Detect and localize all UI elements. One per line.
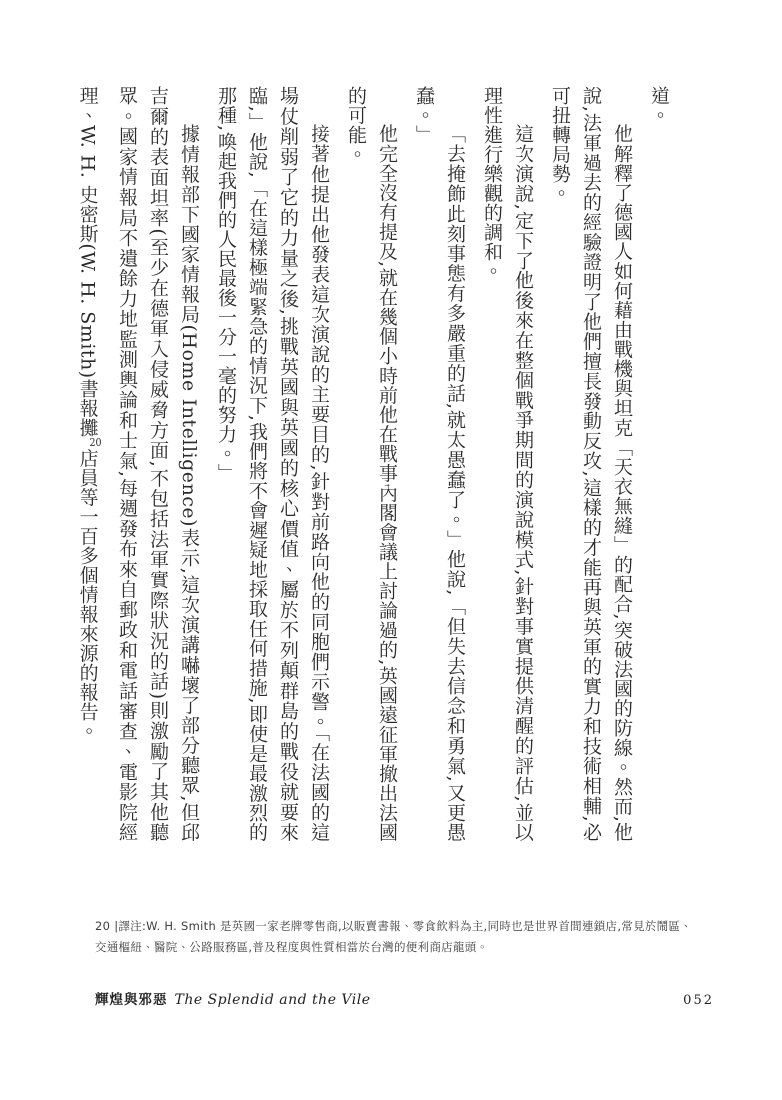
paragraph-text: 店員等一百多個情報來源的報告。	[77, 448, 99, 741]
paragraph: 道。	[643, 86, 674, 842]
page-footer: 輝煌與邪惡The Splendid and the Vile 052	[95, 988, 714, 1008]
paragraph: 他完全沒有提及,就在幾個小時前他在戰事內閣會議上討論過的,英國遠征軍撤出法國的可…	[340, 86, 402, 842]
main-text-block: 道。 他解釋了德國人如何藉由戰機與坦克「天衣無縫」的配合,突破法國的防線。然而,…	[72, 86, 674, 842]
paragraph: 這次演說,定下了他後來在整個戰爭期間的演說模式,針對事實提供清醒的評估,並以理性…	[476, 86, 538, 842]
page-number: 052	[683, 993, 714, 1008]
paragraph: 據情報部下國家情報局(Home Intelligence)表示,這次演講嚇壞了部…	[72, 86, 204, 842]
running-title: 輝煌與邪惡The Splendid and the Vile	[95, 988, 371, 1008]
footnote-reference: 20	[89, 437, 102, 448]
footnote-block: 20 |譯注:W. H. Smith 是英國一家老牌零售商,以販賣書報、零食飲料…	[95, 916, 705, 958]
book-title-zh: 輝煌與邪惡	[95, 992, 168, 1008]
paragraph: 「去掩飾此刻事態有多嚴重的話,就太愚蠢了。」他說,「但失去信念和勇氣,又更愚蠢。…	[408, 86, 470, 842]
paragraph: 接著他提出他發表這次演說的主要目的,針對前路向他的同胞們示警。「在法國的這場仗削…	[210, 86, 334, 842]
book-title-en: The Splendid and the Vile	[175, 992, 371, 1008]
paragraph: 他解釋了德國人如何藉由戰機與坦克「天衣無縫」的配合,突破法國的防線。然而,他說,…	[544, 86, 637, 842]
footnote-line: 20 |譯注:W. H. Smith 是英國一家老牌零售商,以販賣書報、零食飲料…	[95, 916, 705, 937]
footnote-line: 交通樞紐、醫院、公路服務區,普及程度與性質相當於台灣的便利商店龍頭。	[95, 937, 705, 958]
book-page: 道。 他解釋了德國人如何藉由戰機與坦克「天衣無縫」的配合,突破法國的防線。然而,…	[0, 0, 782, 1100]
